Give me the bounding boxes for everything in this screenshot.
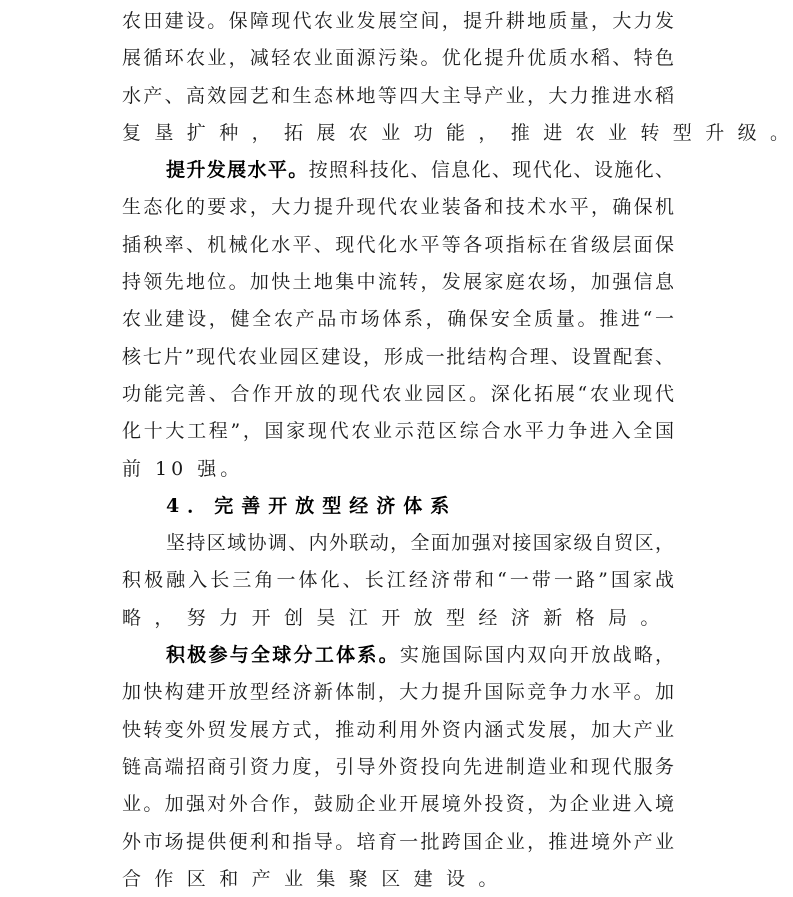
paragraph-lead-bold: 提升发展水平。 (166, 159, 309, 181)
text-line: 外市场提供便利和指导。培育一批跨国企业，推进境外产业 (122, 824, 674, 861)
section-heading: 4．完善开放型经济体系 (122, 488, 674, 525)
text-line: 插秧率、机械化水平、现代化水平等各项指标在省级层面保 (122, 227, 674, 264)
document-page: 农田建设。保障现代农业发展空间，提升耕地质量，大力发 展循环农业，减轻农业面源污… (122, 3, 674, 897)
text-line: 加快构建开放型经济新体制，大力提升国际竞争力水平。加 (122, 674, 674, 711)
text-line: 业。加强对外合作，鼓励企业开展境外投资，为企业进入境 (122, 786, 674, 823)
paragraph-agricultural-construction: 农田建设。保障现代农业发展空间，提升耕地质量，大力发 展循环农业，减轻农业面源污… (122, 3, 674, 152)
text-line: 展循环农业，减轻农业面源污染。优化提升优质水稻、特色 (122, 40, 674, 77)
text-line: 链高端招商引资力度，引导外资投向先进制造业和现代服务 (122, 749, 674, 786)
text-line: 核七片”现代农业园区建设，形成一批结构合理、设置配套、 (122, 339, 674, 376)
paragraph-open-economy-intro: 坚持区域协调、内外联动，全面加强对接国家级自贸区， 积极融入长三角一体化、长江经… (122, 525, 674, 637)
text-line: 持领先地位。加快土地集中流转，发展家庭农场，加强信息 (122, 264, 674, 301)
text-line-first: 坚持区域协调、内外联动，全面加强对接国家级自贸区， (122, 525, 674, 562)
text-line: 合作区和产业集聚区建设。 (122, 861, 674, 897)
paragraph-global-division-of-labor: 积极参与全球分工体系。实施国际国内双向开放战略， 加快构建开放型经济新体制，大力… (122, 637, 674, 897)
text-line: 水产、高效园艺和生态林地等四大主导产业，大力推进水稻 (122, 78, 674, 115)
text-line: 略，努力开创吴江开放型经济新格局。 (122, 600, 674, 637)
text-line: 生态化的要求，大力提升现代农业装备和技术水平，确保机 (122, 189, 674, 226)
text-line: 复垦扩种，拓展农业功能，推进农业转型升级。 (122, 115, 674, 152)
paragraph-lead-bold: 积极参与全球分工体系。 (166, 644, 400, 666)
text-line-first: 提升发展水平。按照科技化、信息化、现代化、设施化、 (122, 152, 674, 189)
text-line: 功能完善、合作开放的现代农业园区。深化拓展“农业现代 (122, 376, 674, 413)
text-line-first: 积极参与全球分工体系。实施国际国内双向开放战略， (122, 637, 674, 674)
text-line: 农田建设。保障现代农业发展空间，提升耕地质量，大力发 (122, 3, 674, 40)
text-line: 化十大工程”，国家现代农业示范区综合水平力争进入全国 (122, 413, 674, 450)
text-line: 农业建设，健全农产品市场体系，确保安全质量。推进“一 (122, 301, 674, 338)
text-line: 积极融入长三角一体化、长江经济带和“一带一路”国家战 (122, 562, 674, 599)
text-line: 快转变外贸发展方式，推动利用外资内涵式发展，加大产业 (122, 712, 674, 749)
text-line: 前 10 强。 (122, 451, 674, 488)
paragraph-improve-development-level: 提升发展水平。按照科技化、信息化、现代化、设施化、 生态化的要求，大力提升现代农… (122, 152, 674, 488)
section-heading-text: 4．完善开放型经济体系 (166, 488, 457, 525)
